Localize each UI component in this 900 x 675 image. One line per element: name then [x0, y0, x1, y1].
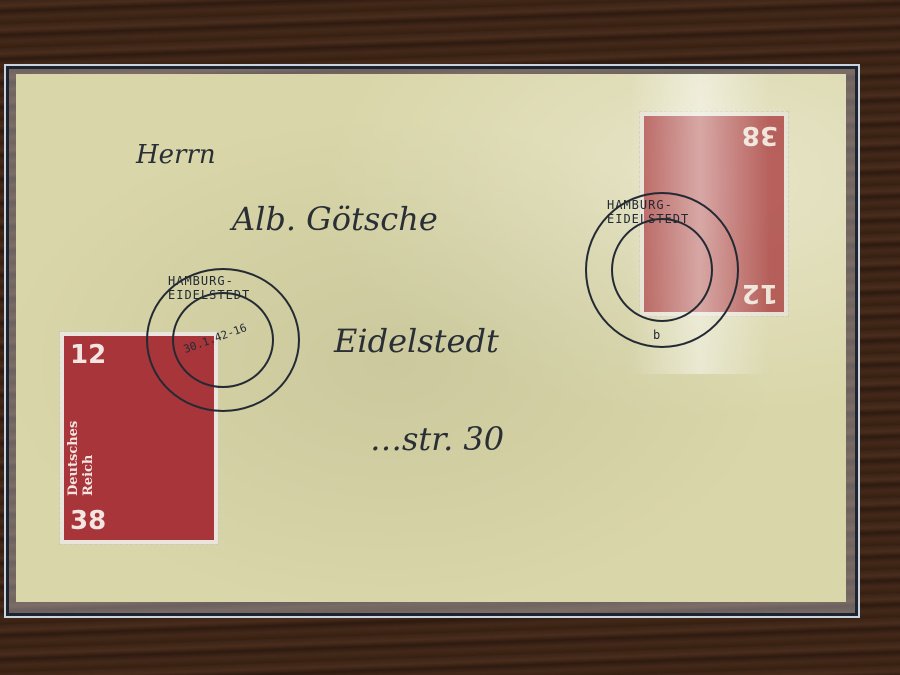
- postmark-letter: b: [653, 328, 660, 342]
- stamp-value-bottom: 38: [742, 120, 778, 150]
- postmark-town: HAMBURG-EIDELSTEDT: [168, 274, 298, 302]
- address-recipient: Alb. Götsche: [232, 200, 438, 238]
- postmark-town: HAMBURG-EIDELSTEDT: [607, 198, 737, 226]
- address-street: …str. 30: [370, 420, 504, 458]
- stamp-value-top: 12: [70, 340, 106, 370]
- stamp-value-bottom: 38: [70, 506, 106, 536]
- stamp-country: Deutsches Reich: [66, 396, 96, 496]
- postmark-inner-ring: [611, 218, 713, 322]
- stamp-value-top: 12: [742, 278, 778, 308]
- address-salutation: Herrn: [136, 140, 216, 170]
- postmark-left: HAMBURG-EIDELSTEDT 30.1.42-16: [146, 268, 300, 412]
- address-town: Eidelstedt: [334, 322, 499, 360]
- postmark-right: HAMBURG-EIDELSTEDT b: [585, 192, 739, 348]
